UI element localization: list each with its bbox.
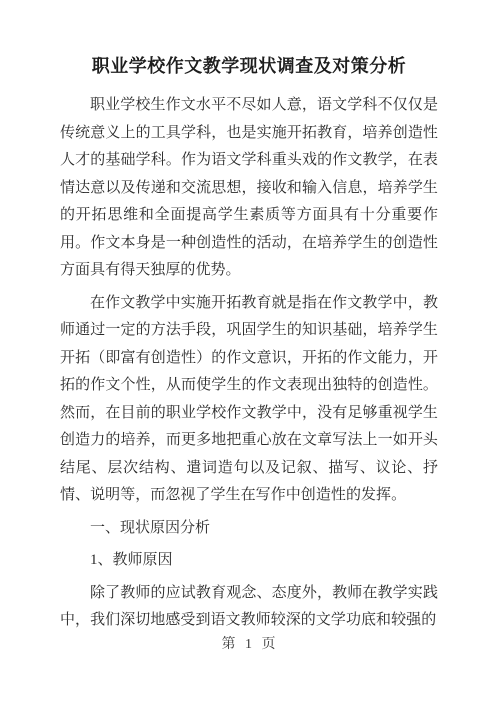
- subsection-heading-teacher-reason: 1、教师原因: [60, 547, 438, 575]
- document-content: 职业学校作文教学现状调查及对策分析 职业学校生作文水平不尽如人意，语文学科不仅仅…: [60, 52, 438, 640]
- paragraph-pioneering-education: 在作文教学中实施开拓教育就是指在作文教学中，教师通过一定的方法手段，巩固学生的知…: [60, 290, 438, 510]
- paragraph-intro: 职业学校生作文水平不尽如人意，语文学科不仅仅是传统意义上的工具学科，也是实施开拓…: [60, 92, 438, 285]
- document-title: 职业学校作文教学现状调查及对策分析: [60, 52, 438, 80]
- document-page: 职业学校作文教学现状调查及对策分析 职业学校生作文水平不尽如人意，语文学科不仅仅…: [0, 0, 500, 707]
- section-heading-analysis: 一、现状原因分析: [60, 515, 438, 543]
- paragraph-teacher-reason: 除了教师的应试教育观念、态度外，教师在教学实践中，我们深切地感受到语文教师较深的…: [60, 580, 438, 635]
- page-number: 第 1 页: [0, 633, 500, 653]
